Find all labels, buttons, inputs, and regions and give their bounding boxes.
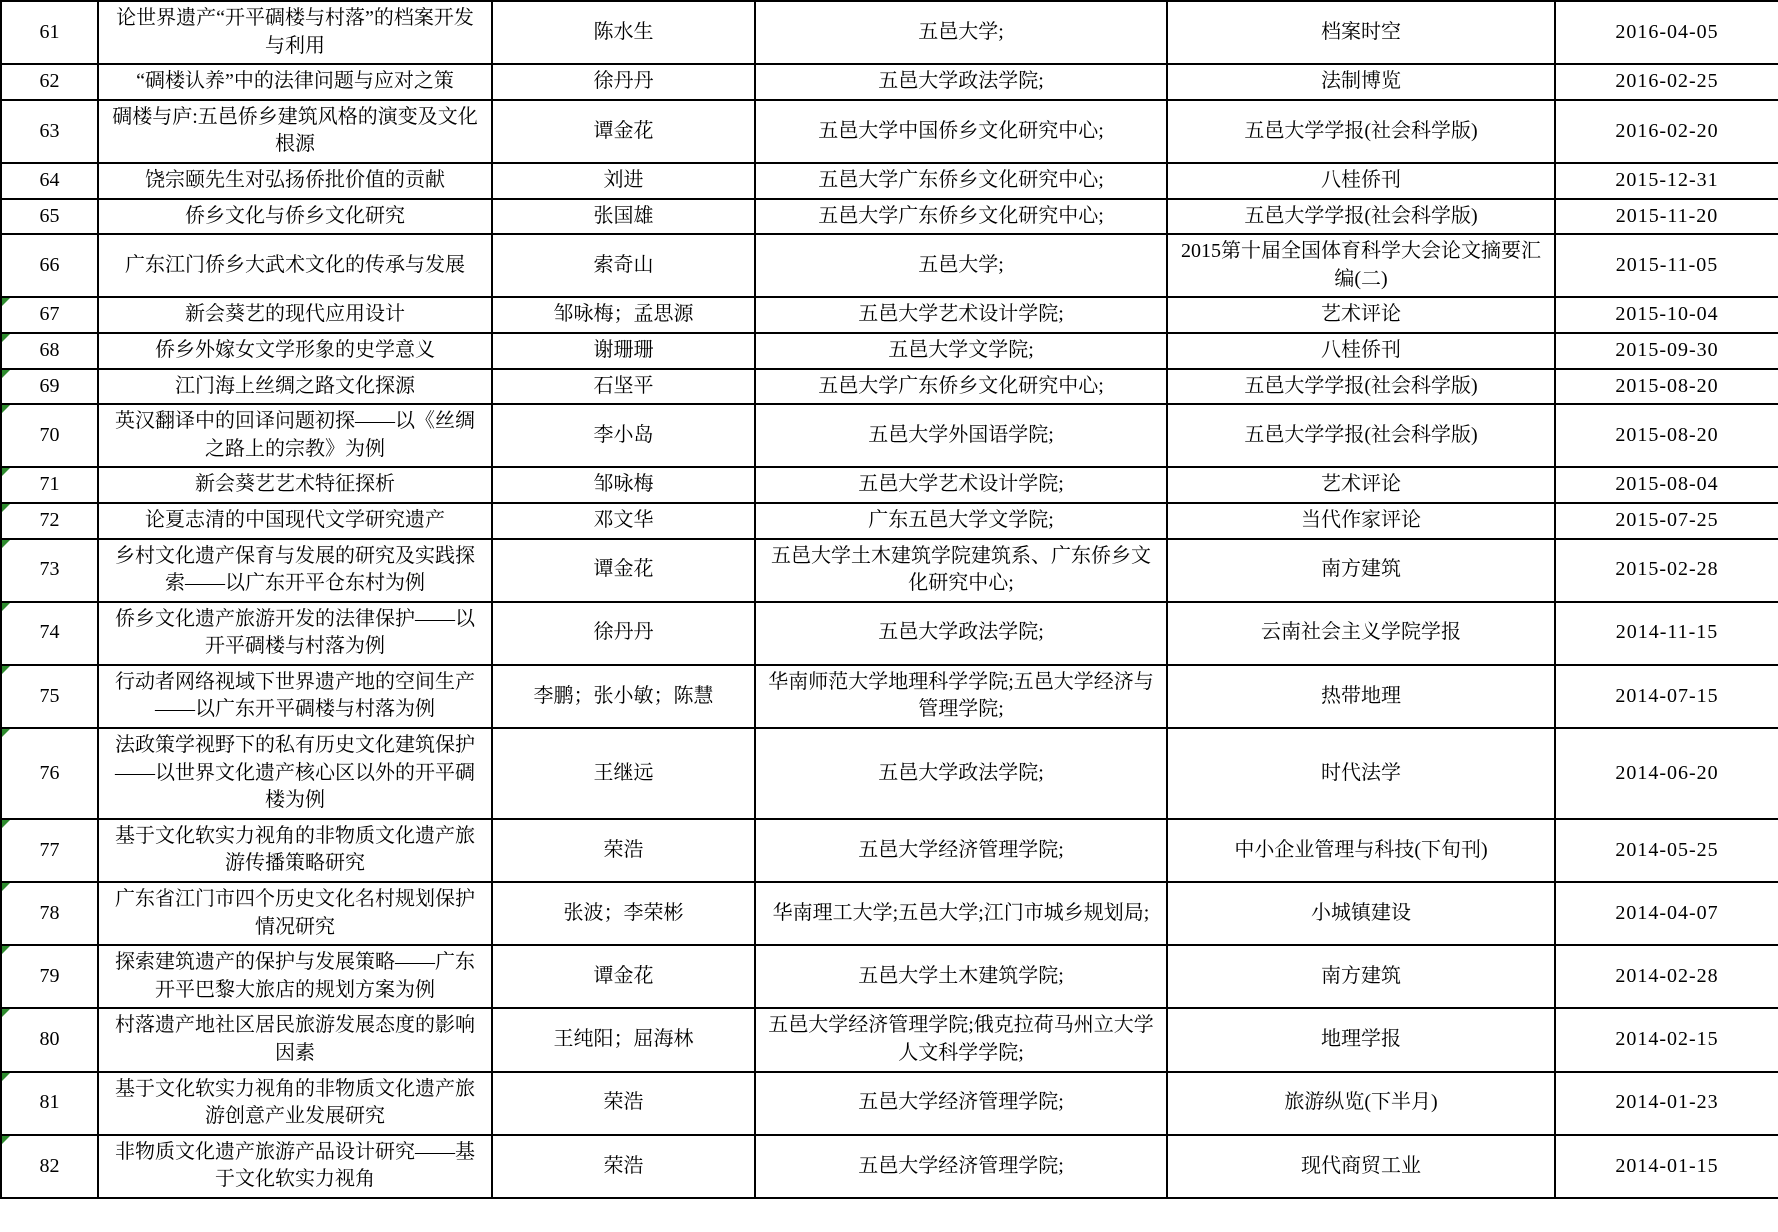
paper-title-cell: 广东江门侨乡大武术文化的传承与发展 (98, 234, 492, 297)
publish-date-cell: 2015-08-20 (1555, 404, 1778, 467)
authors-cell: 刘进 (492, 163, 755, 199)
paper-title-cell: 村落遗产地社区居民旅游发展态度的影响因素 (98, 1008, 492, 1071)
authors-cell: 徐丹丹 (492, 64, 755, 100)
publish-date-cell: 2016-04-05 (1555, 1, 1778, 64)
excel-error-triangle-icon (2, 883, 10, 891)
row-number-cell: 74 (1, 602, 98, 665)
authors-cell: 邹咏梅 (492, 467, 755, 503)
row-number-cell: 70 (1, 404, 98, 467)
publish-date-cell: 2016-02-25 (1555, 64, 1778, 100)
institution-cell: 广东五邑大学文学院; (755, 503, 1167, 539)
journal-cell: 五邑大学学报(社会科学版) (1167, 369, 1555, 405)
journal-cell: 旅游纵览(下半月) (1167, 1072, 1555, 1135)
journal-cell: 八桂侨刊 (1167, 163, 1555, 199)
authors-cell: 王继远 (492, 728, 755, 819)
institution-cell: 五邑大学外国语学院; (755, 404, 1167, 467)
institution-cell: 华南师范大学地理科学学院;五邑大学经济与管理学院; (755, 665, 1167, 728)
row-number-cell: 66 (1, 234, 98, 297)
journal-cell: 艺术评论 (1167, 297, 1555, 333)
journal-cell: 现代商贸工业 (1167, 1135, 1555, 1198)
table-row: 65侨乡文化与侨乡文化研究张国雄五邑大学广东侨乡文化研究中心;五邑大学学报(社会… (1, 199, 1778, 235)
table-row: 78广东省江门市四个历史文化名村规划保护情况研究张波；李荣彬华南理工大学;五邑大… (1, 882, 1778, 945)
papers-table-body: 61论世界遗产“开平碉楼与村落”的档案开发与利用陈水生五邑大学;档案时空2016… (1, 1, 1778, 1198)
authors-cell: 李小岛 (492, 404, 755, 467)
row-number-cell: 76 (1, 728, 98, 819)
institution-cell: 五邑大学政法学院; (755, 64, 1167, 100)
excel-error-triangle-icon (2, 370, 10, 378)
publish-date-cell: 2015-11-20 (1555, 199, 1778, 235)
excel-error-triangle-icon (2, 405, 10, 413)
institution-cell: 五邑大学政法学院; (755, 728, 1167, 819)
table-row: 82非物质文化遗产旅游产品设计研究——基于文化软实力视角荣浩五邑大学经济管理学院… (1, 1135, 1778, 1198)
institution-cell: 五邑大学; (755, 234, 1167, 297)
journal-cell: 云南社会主义学院学报 (1167, 602, 1555, 665)
publish-date-cell: 2014-01-15 (1555, 1135, 1778, 1198)
publish-date-cell: 2014-02-28 (1555, 945, 1778, 1008)
row-number-cell: 61 (1, 1, 98, 64)
authors-cell: 石坚平 (492, 369, 755, 405)
row-number-cell: 65 (1, 199, 98, 235)
paper-title-cell: 江门海上丝绸之路文化探源 (98, 369, 492, 405)
table-row: 62“碉楼认养”中的法律问题与应对之策徐丹丹五邑大学政法学院;法制博览2016-… (1, 64, 1778, 100)
journal-cell: 小城镇建设 (1167, 882, 1555, 945)
authors-cell: 荣浩 (492, 1135, 755, 1198)
row-number-cell: 71 (1, 467, 98, 503)
table-row: 74侨乡文化遗产旅游开发的法律保护——以开平碉楼与村落为例徐丹丹五邑大学政法学院… (1, 602, 1778, 665)
paper-title-cell: 英汉翻译中的回译问题初探——以《丝绸之路上的宗教》为例 (98, 404, 492, 467)
authors-cell: 王纯阳；屈海林 (492, 1008, 755, 1071)
paper-title-cell: 行动者网络视域下世界遗产地的空间生产——以广东开平碉楼与村落为例 (98, 665, 492, 728)
authors-cell: 邹咏梅；孟思源 (492, 297, 755, 333)
journal-cell: 艺术评论 (1167, 467, 1555, 503)
authors-cell: 张国雄 (492, 199, 755, 235)
paper-title-cell: 侨乡外嫁女文学形象的史学意义 (98, 333, 492, 369)
authors-cell: 陈水生 (492, 1, 755, 64)
authors-cell: 索奇山 (492, 234, 755, 297)
excel-error-triangle-icon (2, 946, 10, 954)
authors-cell: 张波；李荣彬 (492, 882, 755, 945)
paper-title-cell: 饶宗颐先生对弘扬侨批价值的贡献 (98, 163, 492, 199)
publish-date-cell: 2014-07-15 (1555, 665, 1778, 728)
publish-date-cell: 2015-09-30 (1555, 333, 1778, 369)
excel-error-triangle-icon (2, 468, 10, 476)
journal-cell: 热带地理 (1167, 665, 1555, 728)
publish-date-cell: 2015-08-20 (1555, 369, 1778, 405)
row-number-cell: 67 (1, 297, 98, 333)
paper-title-cell: 基于文化软实力视角的非物质文化遗产旅游传播策略研究 (98, 819, 492, 882)
authors-cell: 徐丹丹 (492, 602, 755, 665)
institution-cell: 五邑大学经济管理学院; (755, 819, 1167, 882)
table-row: 61论世界遗产“开平碉楼与村落”的档案开发与利用陈水生五邑大学;档案时空2016… (1, 1, 1778, 64)
authors-cell: 谭金花 (492, 539, 755, 602)
row-number-cell: 77 (1, 819, 98, 882)
publish-date-cell: 2014-06-20 (1555, 728, 1778, 819)
row-number-cell: 68 (1, 333, 98, 369)
row-number-cell: 81 (1, 1072, 98, 1135)
journal-cell: 当代作家评论 (1167, 503, 1555, 539)
row-number-cell: 82 (1, 1135, 98, 1198)
publish-date-cell: 2015-02-28 (1555, 539, 1778, 602)
authors-cell: 李鹏；张小敏；陈慧 (492, 665, 755, 728)
row-number-cell: 79 (1, 945, 98, 1008)
journal-cell: 南方建筑 (1167, 539, 1555, 602)
journal-cell: 时代法学 (1167, 728, 1555, 819)
excel-error-triangle-icon (2, 603, 10, 611)
table-row: 68侨乡外嫁女文学形象的史学意义谢珊珊五邑大学文学院;八桂侨刊2015-09-3… (1, 333, 1778, 369)
publish-date-cell: 2016-02-20 (1555, 100, 1778, 163)
row-number-cell: 72 (1, 503, 98, 539)
authors-cell: 谭金花 (492, 100, 755, 163)
table-row: 64饶宗颐先生对弘扬侨批价值的贡献刘进五邑大学广东侨乡文化研究中心;八桂侨刊20… (1, 163, 1778, 199)
journal-cell: 档案时空 (1167, 1, 1555, 64)
excel-error-triangle-icon (2, 729, 10, 737)
table-row: 73乡村文化遗产保育与发展的研究及实践探索——以广东开平仓东村为例谭金花五邑大学… (1, 539, 1778, 602)
row-number-cell: 62 (1, 64, 98, 100)
authors-cell: 荣浩 (492, 1072, 755, 1135)
journal-cell: 五邑大学学报(社会科学版) (1167, 404, 1555, 467)
excel-error-triangle-icon (2, 1136, 10, 1144)
table-row: 79探索建筑遗产的保护与发展策略——广东开平巴黎大旅店的规划方案为例谭金花五邑大… (1, 945, 1778, 1008)
authors-cell: 谢珊珊 (492, 333, 755, 369)
table-row: 72论夏志清的中国现代文学研究遗产邓文华广东五邑大学文学院;当代作家评论2015… (1, 503, 1778, 539)
institution-cell: 五邑大学广东侨乡文化研究中心; (755, 369, 1167, 405)
row-number-cell: 75 (1, 665, 98, 728)
row-number-cell: 64 (1, 163, 98, 199)
row-number-cell: 78 (1, 882, 98, 945)
journal-cell: 八桂侨刊 (1167, 333, 1555, 369)
excel-error-triangle-icon (2, 540, 10, 548)
institution-cell: 五邑大学艺术设计学院; (755, 297, 1167, 333)
table-row: 75行动者网络视域下世界遗产地的空间生产——以广东开平碉楼与村落为例李鹏；张小敏… (1, 665, 1778, 728)
table-row: 71新会葵艺艺术特征探析邹咏梅五邑大学艺术设计学院;艺术评论2015-08-04 (1, 467, 1778, 503)
publish-date-cell: 2014-05-25 (1555, 819, 1778, 882)
table-row: 77基于文化软实力视角的非物质文化遗产旅游传播策略研究荣浩五邑大学经济管理学院;… (1, 819, 1778, 882)
excel-error-triangle-icon (2, 504, 10, 512)
publish-date-cell: 2014-04-07 (1555, 882, 1778, 945)
authors-cell: 邓文华 (492, 503, 755, 539)
row-number-cell: 73 (1, 539, 98, 602)
journal-cell: 地理学报 (1167, 1008, 1555, 1071)
authors-cell: 谭金花 (492, 945, 755, 1008)
excel-error-triangle-icon (2, 1073, 10, 1081)
journal-cell: 南方建筑 (1167, 945, 1555, 1008)
paper-title-cell: 广东省江门市四个历史文化名村规划保护情况研究 (98, 882, 492, 945)
paper-title-cell: 乡村文化遗产保育与发展的研究及实践探索——以广东开平仓东村为例 (98, 539, 492, 602)
paper-title-cell: 基于文化软实力视角的非物质文化遗产旅游创意产业发展研究 (98, 1072, 492, 1135)
table-row: 81基于文化软实力视角的非物质文化遗产旅游创意产业发展研究荣浩五邑大学经济管理学… (1, 1072, 1778, 1135)
table-row: 69江门海上丝绸之路文化探源石坚平五邑大学广东侨乡文化研究中心;五邑大学学报(社… (1, 369, 1778, 405)
table-row: 70英汉翻译中的回译问题初探——以《丝绸之路上的宗教》为例李小岛五邑大学外国语学… (1, 404, 1778, 467)
publish-date-cell: 2015-07-25 (1555, 503, 1778, 539)
institution-cell: 五邑大学中国侨乡文化研究中心; (755, 100, 1167, 163)
paper-title-cell: 新会葵艺的现代应用设计 (98, 297, 492, 333)
institution-cell: 五邑大学土木建筑学院建筑系、广东侨乡文化研究中心; (755, 539, 1167, 602)
institution-cell: 五邑大学艺术设计学院; (755, 467, 1167, 503)
row-number-cell: 80 (1, 1008, 98, 1071)
excel-error-triangle-icon (2, 820, 10, 828)
paper-title-cell: 新会葵艺艺术特征探析 (98, 467, 492, 503)
papers-table: 61论世界遗产“开平碉楼与村落”的档案开发与利用陈水生五邑大学;档案时空2016… (0, 0, 1778, 1199)
journal-cell: 五邑大学学报(社会科学版) (1167, 199, 1555, 235)
publish-date-cell: 2014-01-23 (1555, 1072, 1778, 1135)
excel-error-triangle-icon (2, 298, 10, 306)
paper-title-cell: “碉楼认养”中的法律问题与应对之策 (98, 64, 492, 100)
table-row: 80村落遗产地社区居民旅游发展态度的影响因素王纯阳；屈海林五邑大学经济管理学院;… (1, 1008, 1778, 1071)
paper-title-cell: 探索建筑遗产的保护与发展策略——广东开平巴黎大旅店的规划方案为例 (98, 945, 492, 1008)
publish-date-cell: 2015-11-05 (1555, 234, 1778, 297)
paper-title-cell: 法政策学视野下的私有历史文化建筑保护——以世界文化遗产核心区以外的开平碉楼为例 (98, 728, 492, 819)
journal-cell: 法制博览 (1167, 64, 1555, 100)
journal-cell: 中小企业管理与科技(下旬刊) (1167, 819, 1555, 882)
institution-cell: 五邑大学广东侨乡文化研究中心; (755, 199, 1167, 235)
excel-error-triangle-icon (2, 666, 10, 674)
institution-cell: 五邑大学; (755, 1, 1167, 64)
authors-cell: 荣浩 (492, 819, 755, 882)
institution-cell: 五邑大学广东侨乡文化研究中心; (755, 163, 1167, 199)
institution-cell: 五邑大学经济管理学院;俄克拉荷马州立大学人文科学学院; (755, 1008, 1167, 1071)
paper-title-cell: 侨乡文化遗产旅游开发的法律保护——以开平碉楼与村落为例 (98, 602, 492, 665)
table-row: 63碉楼与庐:五邑侨乡建筑风格的演变及文化根源谭金花五邑大学中国侨乡文化研究中心… (1, 100, 1778, 163)
institution-cell: 五邑大学土木建筑学院; (755, 945, 1167, 1008)
table-row: 76法政策学视野下的私有历史文化建筑保护——以世界文化遗产核心区以外的开平碉楼为… (1, 728, 1778, 819)
institution-cell: 五邑大学经济管理学院; (755, 1135, 1167, 1198)
paper-title-cell: 论夏志清的中国现代文学研究遗产 (98, 503, 492, 539)
journal-cell: 五邑大学学报(社会科学版) (1167, 100, 1555, 163)
paper-title-cell: 非物质文化遗产旅游产品设计研究——基于文化软实力视角 (98, 1135, 492, 1198)
paper-title-cell: 侨乡文化与侨乡文化研究 (98, 199, 492, 235)
journal-cell: 2015第十届全国体育科学大会论文摘要汇编(二) (1167, 234, 1555, 297)
publish-date-cell: 2014-02-15 (1555, 1008, 1778, 1071)
institution-cell: 五邑大学文学院; (755, 333, 1167, 369)
row-number-cell: 69 (1, 369, 98, 405)
publish-date-cell: 2015-10-04 (1555, 297, 1778, 333)
paper-title-cell: 论世界遗产“开平碉楼与村落”的档案开发与利用 (98, 1, 492, 64)
paper-title-cell: 碉楼与庐:五邑侨乡建筑风格的演变及文化根源 (98, 100, 492, 163)
institution-cell: 五邑大学经济管理学院; (755, 1072, 1167, 1135)
institution-cell: 华南理工大学;五邑大学;江门市城乡规划局; (755, 882, 1167, 945)
table-row: 66广东江门侨乡大武术文化的传承与发展索奇山五邑大学;2015第十届全国体育科学… (1, 234, 1778, 297)
excel-error-triangle-icon (2, 334, 10, 342)
row-number-cell: 63 (1, 100, 98, 163)
institution-cell: 五邑大学政法学院; (755, 602, 1167, 665)
publish-date-cell: 2015-08-04 (1555, 467, 1778, 503)
excel-error-triangle-icon (2, 1009, 10, 1017)
table-row: 67新会葵艺的现代应用设计邹咏梅；孟思源五邑大学艺术设计学院;艺术评论2015-… (1, 297, 1778, 333)
publish-date-cell: 2014-11-15 (1555, 602, 1778, 665)
publish-date-cell: 2015-12-31 (1555, 163, 1778, 199)
